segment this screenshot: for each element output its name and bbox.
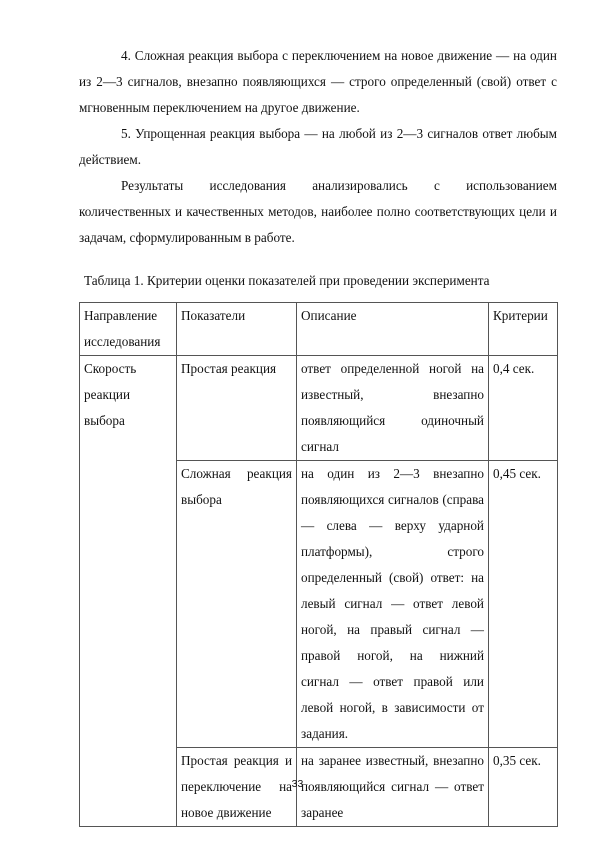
indicator-cell: Простая реакция [177,356,297,461]
table-caption: Таблица 1. Критерии оценки показателей п… [84,268,490,294]
indicator-cell: Сложная реакция выбора [177,461,297,748]
header-indicators: Показатели [177,303,297,356]
description-cell: ответ определенной ногой на известный, в… [297,356,489,461]
header-direction: Направление исследования [80,303,177,356]
criteria-table: Направление исследования Показатели Опис… [79,302,558,827]
paragraph-item-5: 5. Упрощенная реакция выбора — на любой … [79,121,557,173]
criterion-cell: 0,4 сек. [489,356,558,461]
paragraph-results: Результаты исследования анализировались … [79,173,557,251]
table-header-row: Направление исследования Показатели Опис… [80,303,558,356]
header-criteria: Критерии [489,303,558,356]
table-row: Скорость реакции выбора Простая реакция … [80,356,558,461]
paragraph-item-4: 4. Сложная реакция выбора с переключение… [79,43,557,121]
page-number: 33 [0,778,595,790]
header-description: Описание [297,303,489,356]
description-cell: на один из 2—3 внезапно появляющихся сиг… [297,461,489,748]
group-cell: Скорость реакции выбора [80,356,177,827]
criterion-cell: 0,45 сек. [489,461,558,748]
